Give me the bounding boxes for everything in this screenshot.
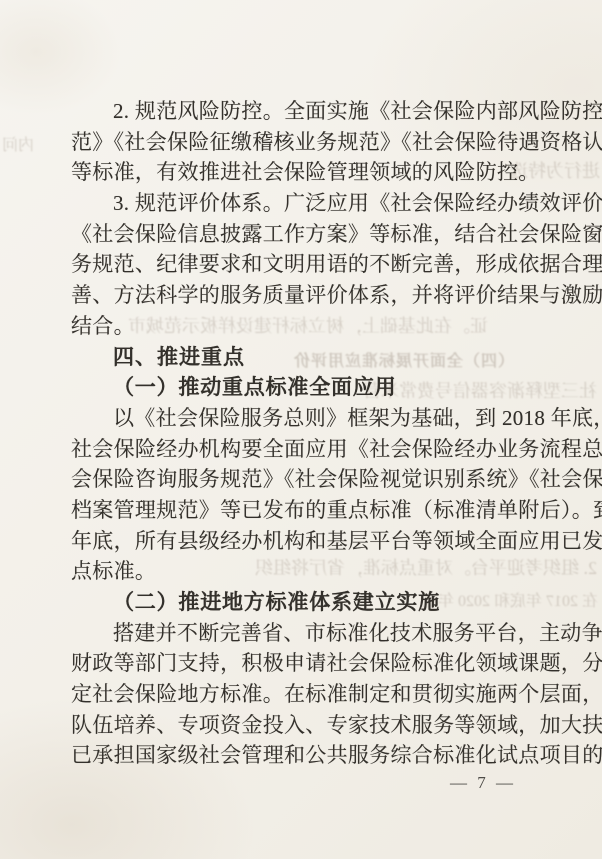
page-number: — 7 —: [450, 772, 580, 794]
text-line: 队伍培养、专项资金投入、专家技术服务等领域，加大扶持力度。: [71, 710, 547, 741]
text-line: 财政等部门支持，积极申请社会保险标准化领域课题，分类分批制: [71, 648, 547, 679]
text-line: 会保险咨询服务规范》《社会保险视觉识别系统》《社会保险业务: [71, 464, 547, 495]
section-heading: 四、推进重点: [71, 342, 547, 373]
text-line: 2. 规范风险防控。全面实施《社会保险内部风险防控业务规: [71, 96, 547, 127]
text-line: 范》《社会保险征缴稽核业务规范》《社会保险待遇资格认证规范》: [71, 127, 547, 158]
text-line: 3. 规范评价体系。广泛应用《社会保险经办绩效评价规范》: [71, 188, 547, 219]
text-line: 社会保险经办机构要全面应用《社会保险经办业务流程总则》《社: [71, 434, 547, 465]
subsection-heading: （二）推进地方标准体系建立实施: [71, 587, 547, 618]
text-line: 搭建并不断完善省、市标准化技术服务平台，主动争取质监、: [71, 618, 547, 649]
subsection-heading: （一）推动重点标准全面应用: [71, 372, 547, 403]
document-page: 内问 进行为特选 证。在此基础上，树立标杆建设样板示范城市 （四）全面开展标准应…: [0, 0, 602, 859]
bleedthrough-text: 内问: [2, 134, 34, 158]
text-line: 年底，所有县级经办机构和基层平台等领域全面应用已发布的重: [71, 526, 547, 557]
text-line: 定社会保险地方标准。在标准制定和贯彻实施两个层面，从专业: [71, 679, 547, 710]
text-line: 点标准。: [71, 556, 547, 587]
text-line: 结合。: [71, 311, 547, 342]
text-line: 已承担国家级社会管理和公共服务综合标准化试点项目的单位，: [71, 740, 547, 771]
text-line: 务规范、纪律要求和文明用语的不断完善，形成依据合理、指标完: [71, 249, 547, 280]
text-line: 档案管理规范》等已发布的重点标准（标准清单附后）。到 2020: [71, 495, 547, 526]
document-text-block: 2. 规范风险防控。全面实施《社会保险内部风险防控业务规 范》《社会保险征缴稽核…: [71, 96, 547, 771]
text-line: 善、方法科学的服务质量评价体系，并将评价结果与激励约束有机: [71, 280, 547, 311]
text-line: 以《社会保险服务总则》框架为基础，到 2018 年底，市级以上: [71, 403, 547, 434]
text-line: 《社会保险信息披露工作方案》等标准，结合社会保险窗口单位服: [71, 219, 547, 250]
text-line: 等标准，有效推进社会保险管理领域的风险防控。: [71, 157, 547, 188]
